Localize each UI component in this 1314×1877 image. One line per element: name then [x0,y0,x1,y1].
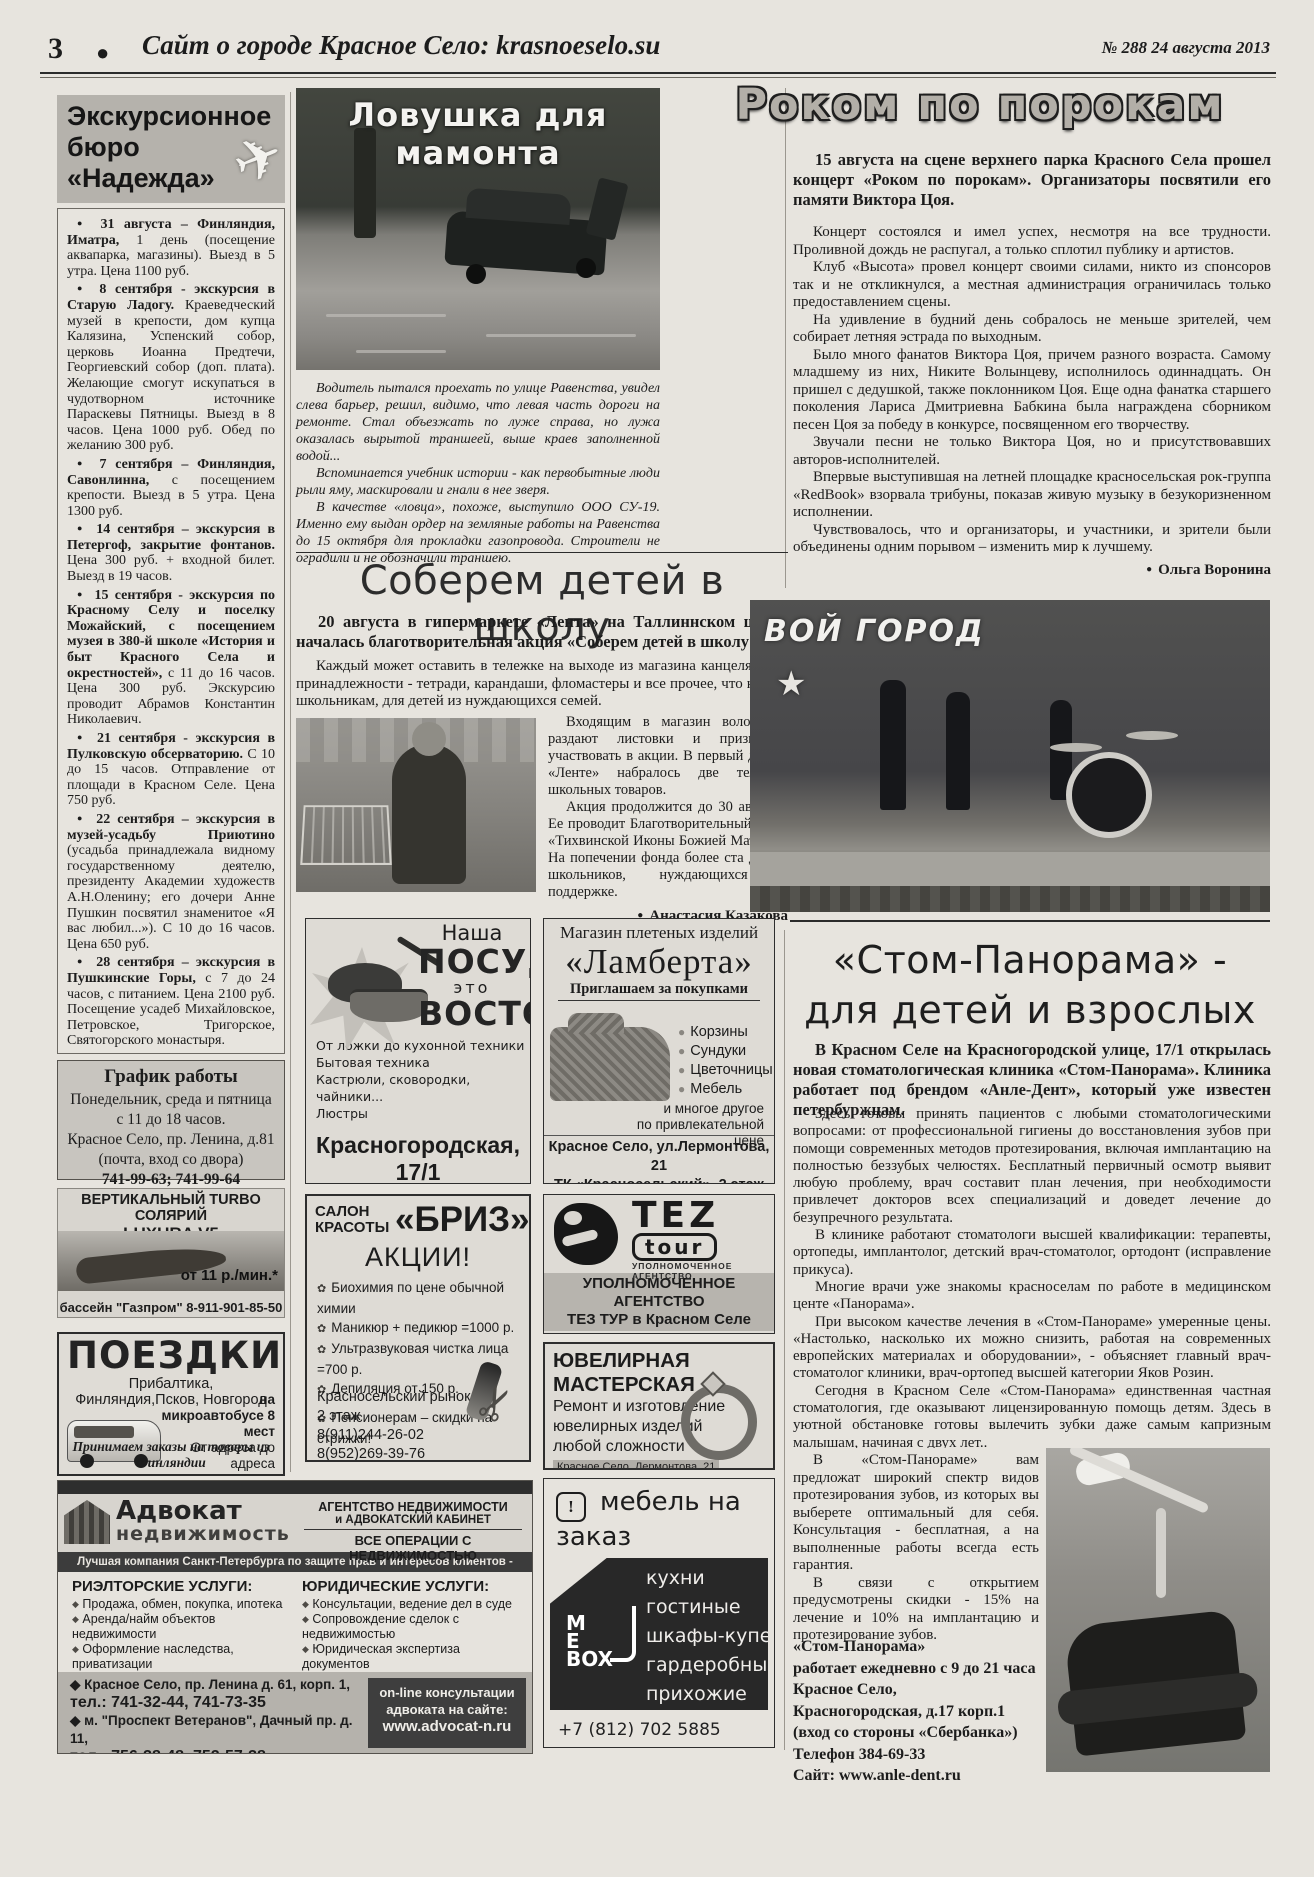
dot-icon: ● [678,1082,690,1096]
advokat-addr1: ◆ Красное Село, пр. Ленина д. 61, корп. … [70,1676,360,1694]
stom-body-narrow: В «Стом-Панораме» вам предложат широкий … [793,1452,1039,1645]
paragraph: Чувствовалось, что и организаторы, и уча… [793,522,1271,557]
stom-contact-site: Сайт: www.anle-dent.ru [793,1765,1103,1787]
mebox-address1: ул. Лермонтова, 21 [558,1743,774,1748]
paragraph: Было много фанатов Виктора Цоя, причем р… [793,347,1271,435]
service-item: ◆ Юридическая экспертиза документов [302,1642,528,1672]
advokat-website: www.advocat-n.ru [368,1718,526,1735]
bullet-icon: ● [1146,564,1158,575]
lamberta-item: ●Мебель [678,1080,773,1099]
paragraph: Многие врачи уже знакомы красноселам по … [793,1279,1271,1314]
schedule-line: (почта, вход со двора) [58,1150,284,1170]
paragraph: Звучали песни не только Виктора Цоя, но … [793,434,1271,469]
tez-logo-tour: tour [632,1233,717,1261]
briz-address: 2 этаж [317,1407,470,1426]
advokat-tel1: тел.: 741-32-44, 741-73-35 [70,1694,360,1712]
diamond-icon: ◆ [70,1713,80,1728]
service-item: ◆ Сопровождение сделок с недвижимостью [302,1612,528,1642]
issue-date: № 288 24 августа 2013 [940,38,1270,58]
poezdki-note: Принимаем заказы на товары из Финляндии [59,1439,283,1471]
paragraph: Водитель пытался проехать по улице Равен… [296,380,660,465]
briz-item: ✿Маникюр + педикюр =1000 р. [317,1318,525,1339]
paragraph: В «Стом-Панораме» вам предложат широкий … [793,1452,1039,1575]
solarium-ad: ВЕРТИКАЛЬНЫЙ TURBO СОЛЯРИЙ LUXURA V5 от … [57,1188,285,1318]
poezdki-ad: ПОЕЗДКИ Прибалтика, Финляндия,Псков, Нов… [57,1332,285,1476]
stom-contact-line: (вход со стороны «Сбербанка») [793,1722,1103,1744]
jeweler-address: Красное Село, Лермонтова, 21 [553,1460,719,1470]
schedule-phones: 741-99-63; 741-99-64 [58,1170,284,1190]
posuda-graphic: Наша ПОСУДА это ВОСТОРГ [306,919,530,1037]
bullet-icon: ● [67,458,91,468]
paragraph: Впервые выступившая на летней площадке к… [793,469,1271,522]
stage-apron [750,886,1270,912]
stom-contact-line: Красное Село, [793,1679,1103,1701]
service-item: ◆ Консультации, ведение дел в суде [302,1597,528,1612]
wicker-furniture-graphic [550,1027,670,1101]
advokat-top-bar [58,1481,532,1494]
excursion-item: ● 21 сентября - экскурсия в Пулковскую о… [67,730,275,809]
service-item: ◆ Аренда/найм объектов недвижимости [72,1612,288,1642]
warning-icon: ! [556,1492,586,1522]
mebox-item: прихожие [646,1680,775,1709]
advokat-logo-row: Адвокат недвижимость АГЕНТСТВО НЕДВИЖИМО… [58,1494,532,1552]
stage-floor [750,852,1270,886]
diamond-icon: ◆ [302,1599,309,1609]
briz-label1: САЛОН [315,1204,389,1220]
water-ripple [356,350,446,353]
bullet-icon: ● [67,283,91,293]
advokat-tel2: тел.: 756-38-48, 752-57-38 [70,1748,360,1754]
excursion-item: ● 29 сентября – экскурсия в Тихвин, с 8 … [67,1051,275,1054]
online-line2: адвоката на сайте: [368,1701,526,1718]
lamberta-more1: и многое другое [604,1101,764,1117]
flower-icon: ✿ [317,1344,331,1356]
diamond-icon: ◆ [72,1599,79,1609]
car-open-door [585,177,628,241]
tez-logo-text: TEZ [632,1199,719,1233]
cymbal-shape [1126,731,1178,740]
building-icon [64,1500,110,1544]
lamberta-address: Красное Село, ул.Лермонтова, 21 [544,1138,774,1176]
paragraph: При высоком качестве лечения в «Стом-Пан… [793,1314,1271,1383]
lamberta-subtitle: Приглашаем за покупками [558,981,760,1001]
school-lead: 20 августа в гипермаркете «Лента» на Тал… [296,612,788,652]
stom-contact-line: Красногородская, д.17 корп.1 [793,1701,1103,1723]
lovushka-photo: Ловушка для мамонта [296,88,660,370]
lovushka-text: Водитель пытался проехать по улице Равен… [296,380,660,548]
section-divider [296,552,788,553]
advokat-services: РИЭЛТОРСКИЕ УСЛУГИ: ◆ Продажа, обмен, по… [58,1572,532,1672]
advokat-logo-word2: недвижимость [116,1524,290,1544]
bass-drum-shape [1066,752,1152,838]
shopping-cart [300,805,392,865]
schedule-line: с 11 до 18 часов. [58,1110,284,1130]
stom-contact-line: «Стом-Панорама» [793,1636,1103,1658]
header-rule-2 [40,77,1276,78]
tez-logo-mark [554,1203,618,1265]
dot-icon: ● [678,1025,690,1039]
paragraph: В связи с открытием предусмотрены скидки… [793,1575,1039,1645]
dot-icon: ● [678,1044,690,1058]
mebox-item: кухни [646,1564,775,1593]
service-item: ◆ Продажа, обмен, покупка, ипотека [72,1597,288,1612]
solarium-price: от 11 р./мин.* [181,1267,278,1284]
ring-graphic [681,1384,757,1460]
advokat-online-box: on-line консультации адвоката на сайте: … [368,1678,526,1748]
briz-title: «БРИЗ» [395,1200,530,1240]
posuda-line: Бытовая техника [316,1054,530,1071]
schedule-line: Красное Село, пр. Ленина, д.81 [58,1130,284,1150]
mebox-item: гостиные [646,1593,775,1622]
diamond-icon: ◆ [70,1677,80,1692]
briz-label2: КРАСОТЫ [315,1220,389,1236]
musician-silhouette [946,692,970,810]
stom-contact-phone: Телефон 384-69-33 [793,1744,1103,1766]
column-divider [290,92,291,1472]
stom-body-wide: Здесь готовы принять пациентов с любыми … [793,1106,1271,1448]
online-line1: on-line консультации [368,1684,526,1701]
page-number: 3 [48,32,63,66]
posuda-line: Кастрюли, сковородки, чайники... [316,1071,530,1105]
bullet-icon: ● [67,813,89,823]
rock-headline: Роком по порокам [690,80,1270,130]
excursion-item: ● 8 сентября - экскурсия в Старую Ладогу… [67,281,275,454]
briz-promo: АКЦИИ! [307,1242,529,1273]
stom-headline-line2: для детей и взрослых [790,988,1270,1032]
stom-contact-line: работает ежедневно с 9 до 21 часа [793,1658,1103,1680]
mebox-phone: +7 (812) 702 5885 [558,1718,774,1743]
poezdki-title: ПОЕЗДКИ [67,1336,275,1376]
excursion-item: ● 15 сентября - экскурсия по Красному Се… [67,587,275,728]
tez-resorts: Лучшие курорты мира www.tez-tour.com [544,1331,774,1334]
briz-phone: 8(952)269-39-76 [317,1445,470,1462]
lamberta-item: ●Корзины [678,1023,773,1042]
agency-line2: и АДВОКАТСКИЙ КАБИНЕТ [298,1514,528,1526]
diamond-icon: ◆ [72,1644,79,1654]
briz-address: Красносельский рынок [317,1388,470,1407]
excursion-item: ● 22 сентября – экскурсия в музей-усадьб… [67,811,275,952]
mebox-logo-bracket [610,1606,636,1662]
paragraph: Концерт состоялся и имел успех, несмотря… [793,224,1271,259]
water-ripple [486,334,636,337]
lamberta-address: ТК «Красносельский», 2 этаж [544,1176,774,1184]
bullet-icon: ● [67,956,89,966]
bullet-icon: ● [67,589,88,599]
agency-line1: АГЕНТСТВО НЕДВИЖИМОСТИ [298,1500,528,1514]
paragraph: Клуб «Высота» провел концерт своими сила… [793,259,1271,312]
posuda-word-vostorg: ВОСТОРГ [418,997,526,1030]
tez-agency-bar: УПОЛНОМОЧЕННОЕ АГЕНТСТВО ТЕЗ ТУР в Красн… [544,1273,774,1331]
rock-byline: ●Ольга Воронина [793,561,1271,580]
site-title: Сайт о городе Красное Село: krasnoeselo.… [142,30,660,61]
posuda-ad: Наша ПОСУДА это ВОСТОРГ От ложки до кухо… [305,918,531,1184]
equipment-arm-shape [1156,1508,1166,1598]
realtor-services-title: РИЭЛТОРСКИЕ УСЛУГИ: [72,1578,288,1595]
posuda-line: Люстры [316,1105,530,1122]
service-item: ◆ Оформление наследства, приватизации [72,1642,288,1672]
poezdki-seats: на микроавтобусе 8 мест [159,1392,275,1440]
schedule-title: График работы [58,1066,284,1088]
paragraph: Сегодня в Красном Селе «Стом-Панорама» е… [793,1383,1271,1448]
mebox-logo-box: BOX [566,1650,613,1668]
briz-phone: 8(911)244-26-02 [317,1426,470,1445]
lamberta-title: «Ламберта» [544,943,774,981]
paragraph: В клинике работают стоматологи высшей кв… [793,1227,1271,1279]
rock-lead: 15 августа на сцене верхнего парка Красн… [793,150,1271,210]
advokat-footer: ◆ Красное Село, пр. Ленина д. 61, корп. … [58,1672,532,1754]
bullet-icon: ● [67,1053,89,1054]
bullet-icon: ● [67,218,91,228]
diamond-icon: ◆ [302,1614,309,1624]
lamberta-item: ●Сундуки [678,1042,773,1061]
posuda-address: Красногородская, 17/1 [306,1132,530,1184]
excursion-bureau-header: Экскурсионное бюро «Надежда» ✈ [57,95,285,203]
mebox-item: шкафы-купе [646,1622,775,1651]
diamond-icon: ◆ [72,1614,79,1624]
paragraph: В качестве «ловца», похоже, выступило ОО… [296,499,660,567]
paragraph: Вспоминается учебник истории - как перво… [296,465,660,499]
stom-contact-block: «Стом-Панорама» работает ежедневно с 9 д… [793,1636,1103,1787]
schedule-line: Понедельник, среда и пятница [58,1090,284,1110]
advokat-logo-word1: Адвокат [116,1498,290,1524]
excursion-list: ● 31 августа – Финляндия, Иматра, 1 день… [57,208,285,1054]
section-divider [790,920,1270,922]
mebox-ad: !мебель на заказ M E BOX кухни гостиные … [543,1478,775,1748]
lamberta-tagline: Магазин плетеных изделий [544,923,774,943]
lamberta-item: ●Цветочницы [678,1061,773,1080]
newspaper-page: 3 ● Сайт о городе Красное Село: krasnoes… [0,0,1314,1877]
header-rule [40,72,1276,74]
paragraph: Здесь готовы принять пациентов с любыми … [793,1106,1271,1227]
shopper-silhouette [392,744,466,884]
cymbal-shape [1050,743,1102,752]
work-schedule-box: График работы Понедельник, среда и пятни… [57,1060,285,1180]
dot-icon: ● [678,1063,690,1077]
bullet-icon: ● [67,523,89,533]
flower-icon: ✿ [317,1283,331,1295]
pan-shape [350,989,428,1022]
column-divider [784,930,785,1750]
mebox-item: гардеробные [646,1651,775,1680]
stage-banner-text: ВОЙ ГОРОД [764,614,985,649]
agency-line3: ВСЕ ОПЕРАЦИИ С НЕДВИЖИМОСТЬЮ [298,1533,528,1563]
tez-tour-ad: TEZ tour УПОЛНОМОЧЕННОЕ АГЕНТСТВО УПОЛНО… [543,1194,775,1334]
jeweler-ad: ЮВЕЛИРНАЯ МАСТЕРСКАЯ Ремонт и изготовлен… [543,1342,775,1470]
bullet-icon: ● [67,732,89,742]
briz-ad: САЛОН КРАСОТЫ «БРИЗ» АКЦИИ! ✿Биохимия по… [305,1194,531,1462]
excursion-item: ● 31 августа – Финляндия, Иматра, 1 день… [67,216,275,279]
paragraph: На удивление в будний день собралось не … [793,312,1271,347]
musician-silhouette [880,680,906,810]
mebox-dark-panel: M E BOX кухни гостиные шкафы-купе гардер… [550,1558,768,1710]
stom-headline-line1: «Стом-Панорама» - [790,938,1270,982]
advokat-addr2: ◆ м. "Проспект Ветеранов", Дачный пр. д.… [70,1712,360,1748]
lovushka-headline: Ловушка для мамонта [296,96,660,172]
excursion-item: ● 14 сентября – экскурсия в Петергоф, за… [67,521,275,584]
concert-photo: ВОЙ ГОРОД ★ [750,600,1270,912]
header-dot-icon: ● [96,40,109,66]
poezdki-site: www.pasperevoz.ru [159,1472,275,1476]
wheel-shape [576,258,596,278]
column-divider [785,88,786,588]
flower-icon: ✿ [317,1323,331,1335]
water-ripple [326,314,446,317]
rock-body: Концерт состоялся и имел успех, несмотря… [793,224,1271,579]
lamberta-ad: Магазин плетеных изделий «Ламберта» Приг… [543,918,775,1184]
wheel-shape [466,264,486,284]
solarium-contact: бассейн "Газпром" 8-911-901-85-50 [58,1300,284,1315]
star-icon: ★ [776,664,806,704]
school-paragraph-top: Каждый может оставить в тележке на выход… [296,658,788,711]
advokat-ad: Адвокат недвижимость АГЕНТСТВО НЕДВИЖИМО… [57,1480,533,1754]
posuda-word-posuda: ПОСУДА [418,945,526,978]
diamond-icon: ◆ [302,1644,309,1654]
excursion-item: ● 28 сентября – экскурсия в Пушкинские Г… [67,954,275,1049]
tez-logo-subtitle: УПОЛНОМОЧЕННОЕ АГЕНТСТВО [632,1261,774,1281]
excursion-item: ● 7 сентября – Финляндия, Савонлинна, с … [67,456,275,519]
solarium-title: ВЕРТИКАЛЬНЫЙ TURBO СОЛЯРИЙ [58,1189,284,1224]
school-photo [296,718,536,892]
briz-item: ✿Биохимия по цене обычной химии [317,1278,525,1318]
legal-services-title: ЮРИДИЧЕСКИЕ УСЛУГИ: [302,1578,528,1595]
